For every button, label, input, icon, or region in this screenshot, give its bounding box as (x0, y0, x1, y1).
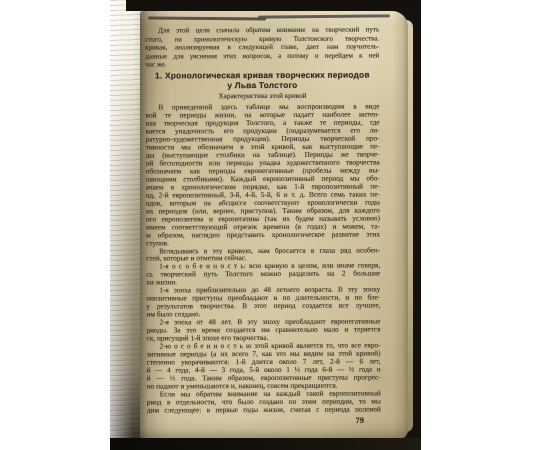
text-line: сь творческий путь Толстого можно раздел… (146, 270, 380, 279)
text-column: Для этой цели сначала обратим внимание н… (145, 25, 381, 414)
intro-paragraph: Для этой цели сначала обратим внимание н… (145, 25, 379, 69)
rule-segment (258, 14, 390, 18)
paragraph: 2-я эпоха от 48 лет. В эту эпоху преобла… (146, 318, 380, 343)
text-line: дим следующее: в первые годы жизни, счит… (147, 405, 381, 414)
paragraph: 1-я о с о б е н н о с т ь: всю кривую в … (146, 262, 380, 287)
paragraph: 1-я эпоха приблизительно до 48 летнего в… (146, 286, 380, 319)
text-line: Вглядываясь в эту кривую, нам бросается … (146, 246, 380, 255)
text-line: данные для уяснения этих вопросов, а пот… (145, 51, 379, 61)
background-top-band (126, 0, 421, 11)
paragraph: Вглядываясь в эту кривую, нам бросается … (146, 246, 380, 263)
page-number: 79 (356, 415, 365, 425)
rule-segment (148, 16, 266, 20)
paragraph: В приведенной здесь таблице мы воспроизв… (145, 103, 380, 247)
paragraph: 2-ю о с о б е н н о с т ь ю этой кривой … (147, 341, 381, 390)
text-line: у результатов творчества. В этот период … (146, 302, 380, 311)
book-photo: Для этой цели сначала обратим внимание н… (110, 0, 421, 450)
text-line: м образом, наглядно представить хронолог… (146, 230, 380, 239)
top-rule (148, 14, 398, 23)
background-bottom-band (110, 438, 421, 450)
text-line: час же. (145, 60, 379, 70)
section-heading-line2: у Льва Толстого (145, 80, 379, 91)
paragraph: Если мы обратим внимание на каждый такой… (147, 389, 381, 414)
body-paragraphs: В приведенной здесь таблице мы воспроизв… (145, 103, 380, 414)
section-subheading: Характеристика этой кривой (145, 92, 379, 101)
book-page: Для этой цели сначала обратим внимание н… (140, 11, 408, 439)
